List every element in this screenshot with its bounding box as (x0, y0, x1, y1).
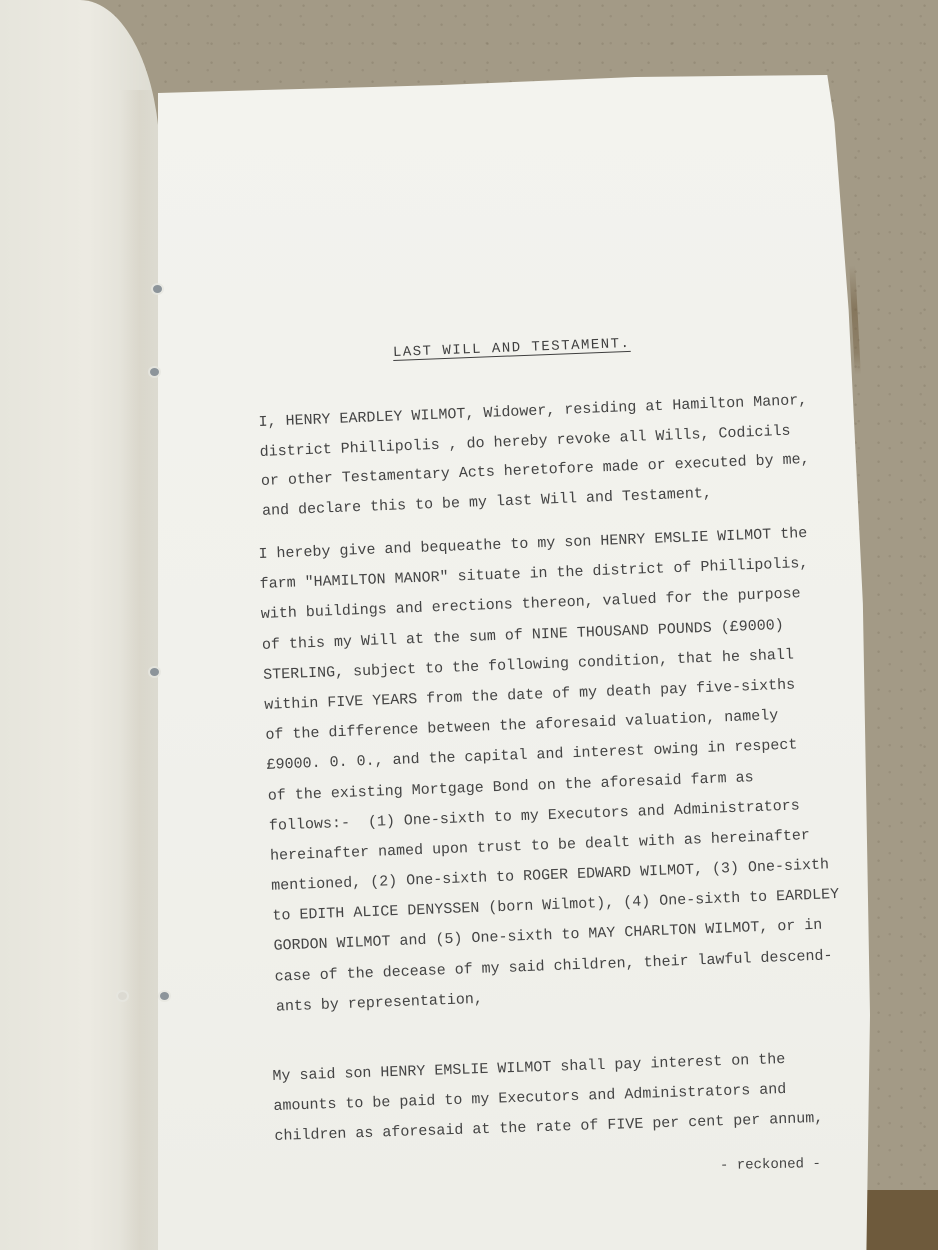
binding-hole (118, 992, 127, 1000)
paragraph-interest: My said son HENRY EMSLIE WILMOT shall pa… (272, 1044, 824, 1152)
catchword: - reckoned - (720, 1156, 821, 1174)
binding-hole (150, 368, 159, 376)
binding-hole (153, 285, 162, 293)
binding-hole (160, 992, 169, 1000)
paragraph-revocation: I, HENRY EARDLEY WILMOT, Widower, residi… (258, 386, 811, 526)
desk-surface (860, 1190, 938, 1250)
paragraph-bequest: I hereby give and bequeathe to my son HE… (258, 518, 843, 1022)
binding-hole (150, 668, 159, 676)
